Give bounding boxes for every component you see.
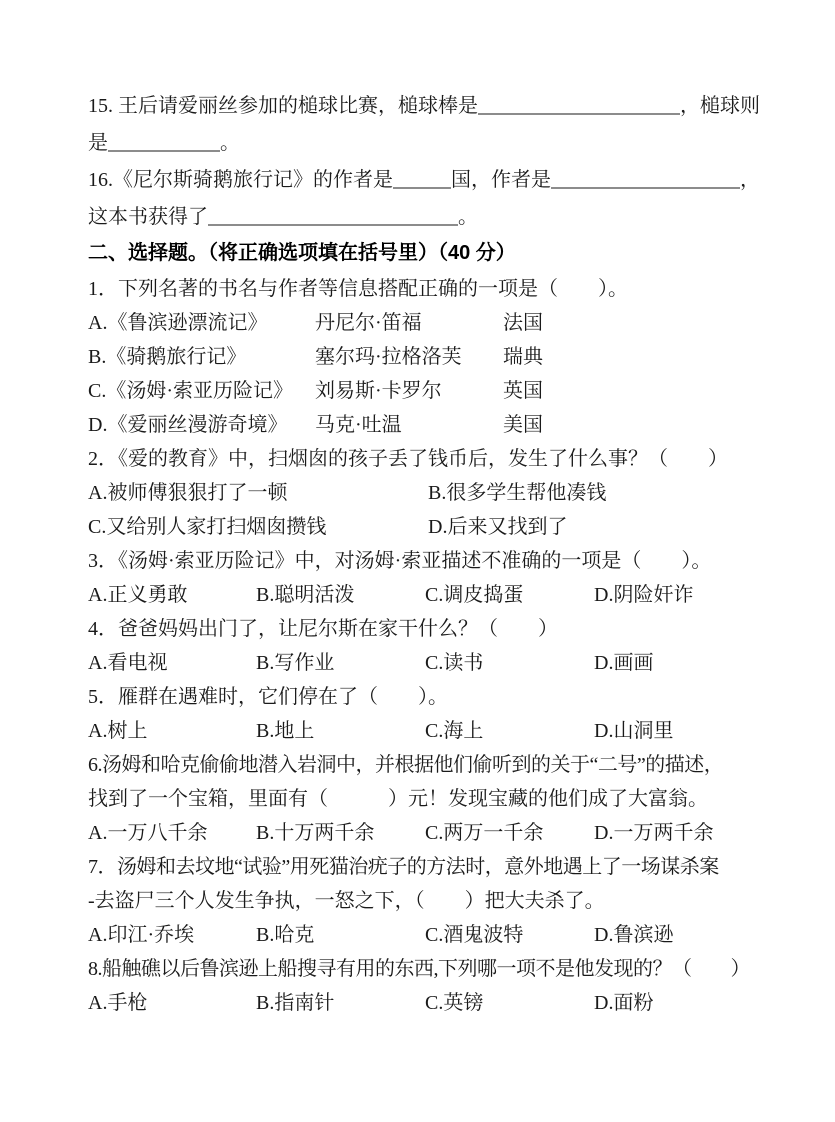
q4-option-row: A.看电视 B.写作业 C.读书 D.画画 xyxy=(88,646,760,680)
q2-option-d: D.后来又找到了 xyxy=(428,510,760,544)
q1-option-d-country: 美国 xyxy=(503,408,760,442)
q16-blank-2: ______________________ xyxy=(551,162,740,199)
q1-option-a-title: A.《鲁滨逊漂流记》 xyxy=(88,306,315,340)
q5-option-row: A.树上 B.地上 C.海上 D.山洞里 xyxy=(88,714,760,748)
q5-option-a: A.树上 xyxy=(88,714,256,748)
q8-stem: 8.船触礁以后鲁滨逊上船搜寻有用的东西,下列哪一项不是他发现的？（ ） xyxy=(88,952,760,986)
page-content: 15. 王后请爱丽丝参加的槌球比赛，槌球棒是 _________________… xyxy=(88,88,760,1020)
q3-option-d: D.阴险奸诈 xyxy=(594,578,760,612)
q1-stem: 1．下列名著的书名与作者等信息搭配正确的一项是（ ）。 xyxy=(88,272,760,306)
q1-option-c-title: C.《汤姆·索亚历险记》 xyxy=(88,374,315,408)
question-16-line-2: 这本书获得了__________________________。 xyxy=(88,199,760,236)
q1-option-c-country: 英国 xyxy=(503,374,760,408)
q8-option-row: A.手枪 B.指南针 C.英镑 D.面粉 xyxy=(88,986,760,1020)
q7-stem-line-2: -去盗尸三个人发生争执，一怒之下，（ ）把大夫杀了。 xyxy=(88,884,760,918)
test-paper-page: 15. 王后请爱丽丝参加的槌球比赛，槌球棒是 _________________… xyxy=(0,0,835,1122)
q2-option-a: A.被师傅狠狠打了一顿 xyxy=(88,476,428,510)
q3-option-a: A.正义勇敢 xyxy=(88,578,256,612)
q8-option-b: B.指南针 xyxy=(256,986,425,1020)
q16-line2-period: 。 xyxy=(458,206,478,228)
q6-option-row: A.一万八千余 B.十万两千余 C.两万一千余 D.一万两千余 xyxy=(88,816,760,850)
q1-option-b-title: B.《骑鹅旅行记》 xyxy=(88,340,315,374)
q7-option-c: C.酒鬼波特 xyxy=(425,918,594,952)
q15-line2-period: 。 xyxy=(220,132,240,154)
q1-option-row-d: D.《爱丽丝漫游奇境》 马克·吐温 美国 xyxy=(88,408,760,442)
q1-option-a-country: 法国 xyxy=(503,306,760,340)
q7-option-row: A.印江·乔埃 B.哈克 C.酒鬼波特 D.鲁滨逊 xyxy=(88,918,760,952)
q1-option-a-author: 丹尼尔·笛福 xyxy=(315,306,503,340)
q5-option-b: B.地上 xyxy=(256,714,425,748)
q2-option-b: B.很多学生帮他凑钱 xyxy=(428,476,760,510)
q16-line2-text: 这本书获得了 xyxy=(88,206,208,228)
multiple-choice-section: 1．下列名著的书名与作者等信息搭配正确的一项是（ ）。 A.《鲁滨逊漂流记》 丹… xyxy=(88,272,760,1020)
question-15-line-2: 是____________。 xyxy=(88,125,760,162)
q7-option-d: D.鲁滨逊 xyxy=(594,918,760,952)
q1-option-row-b: B.《骑鹅旅行记》 塞尔玛·拉格洛芙 瑞典 xyxy=(88,340,760,374)
q1-option-row-a: A.《鲁滨逊漂流记》 丹尼尔·笛福 法国 xyxy=(88,306,760,340)
q3-stem: 3．《汤姆·索亚历险记》中，对汤姆·索亚描述不准确的一项是（ ）。 xyxy=(88,544,760,578)
question-15-line-1: 15. 王后请爱丽丝参加的槌球比赛，槌球棒是 _________________… xyxy=(88,88,760,125)
q6-option-d: D.一万两千余 xyxy=(594,816,760,850)
q3-option-row: A.正义勇敢 B.聪明活泼 C.调皮捣蛋 D.阴险奸诈 xyxy=(88,578,760,612)
q2-option-row-1: A.被师傅狠狠打了一顿 B.很多学生帮他凑钱 xyxy=(88,476,760,510)
q4-stem: 4．爸爸妈妈出门了，让尼尔斯在家干什么？（ ） xyxy=(88,612,760,646)
q7-option-b: B.哈克 xyxy=(256,918,425,952)
q3-option-c: C.调皮捣蛋 xyxy=(425,578,594,612)
q16-stem-mid: 国，作者是 xyxy=(451,162,551,199)
q15-blank-2: ____________ xyxy=(108,125,220,162)
q4-option-d: D.画画 xyxy=(594,646,760,680)
q7-stem-line-1: 7．汤姆和去坟地“试验”用死猫治疣子的方法时，意外地遇上了一场谋杀案 xyxy=(88,850,760,884)
q15-line2-text: 是 xyxy=(88,132,108,154)
q16-stem-comma: ， xyxy=(740,162,760,199)
q1-option-b-country: 瑞典 xyxy=(503,340,760,374)
q15-stem-tail: ，槌球则 xyxy=(680,88,760,125)
q16-blank-1: ________ xyxy=(393,162,451,199)
q2-option-c: C.又给别人家打扫烟囱攒钱 xyxy=(88,510,428,544)
q8-option-c: C.英镑 xyxy=(425,986,594,1020)
q16-blank-3: __________________________ xyxy=(208,199,458,236)
q1-option-d-title: D.《爱丽丝漫游奇境》 xyxy=(88,408,315,442)
q16-stem-text: 16.《尼尔斯骑鹅旅行记》的作者是 xyxy=(88,162,393,199)
q5-stem: 5．雁群在遇难时，它们停在了（ ）。 xyxy=(88,680,760,714)
q8-option-a: A.手枪 xyxy=(88,986,256,1020)
q6-option-b: B.十万两千余 xyxy=(256,816,425,850)
q1-option-b-author: 塞尔玛·拉格洛芙 xyxy=(315,340,503,374)
q2-option-row-2: C.又给别人家打扫烟囱攒钱 D.后来又找到了 xyxy=(88,510,760,544)
q5-option-d: D.山洞里 xyxy=(594,714,760,748)
q2-stem: 2．《爱的教育》中，扫烟囱的孩子丢了钱币后，发生了什么事？（ ） xyxy=(88,442,760,476)
q4-option-a: A.看电视 xyxy=(88,646,256,680)
q1-option-c-author: 刘易斯·卡罗尔 xyxy=(315,374,503,408)
q1-option-d-author: 马克·吐温 xyxy=(315,408,503,442)
q8-option-d: D.面粉 xyxy=(594,986,760,1020)
q4-option-b: B.写作业 xyxy=(256,646,425,680)
question-16-line-1: 16.《尼尔斯骑鹅旅行记》的作者是 ________ 国，作者是 _______… xyxy=(88,162,760,199)
q3-option-b: B.聪明活泼 xyxy=(256,578,425,612)
section-2-heading: 二、选择题。（将正确选项填在括号里）（40 分） xyxy=(88,238,760,268)
q4-option-c: C.读书 xyxy=(425,646,594,680)
q6-stem-line-2: 找到了一个宝箱，里面有（ ）元！发现宝藏的他们成了大富翁。 xyxy=(88,782,760,816)
q6-option-c: C.两万一千余 xyxy=(425,816,594,850)
q1-option-row-c: C.《汤姆·索亚历险记》 刘易斯·卡罗尔 英国 xyxy=(88,374,760,408)
q6-stem-line-1: 6.汤姆和哈克偷偷地潜入岩洞中，并根据他们偷听到的关于“二号”的描述， xyxy=(88,748,760,782)
q7-option-a: A.印江·乔埃 xyxy=(88,918,256,952)
q15-blank-1: ______________________ xyxy=(478,88,680,125)
q6-option-a: A.一万八千余 xyxy=(88,816,256,850)
q5-option-c: C.海上 xyxy=(425,714,594,748)
q15-stem-text: 15. 王后请爱丽丝参加的槌球比赛，槌球棒是 xyxy=(88,88,478,125)
